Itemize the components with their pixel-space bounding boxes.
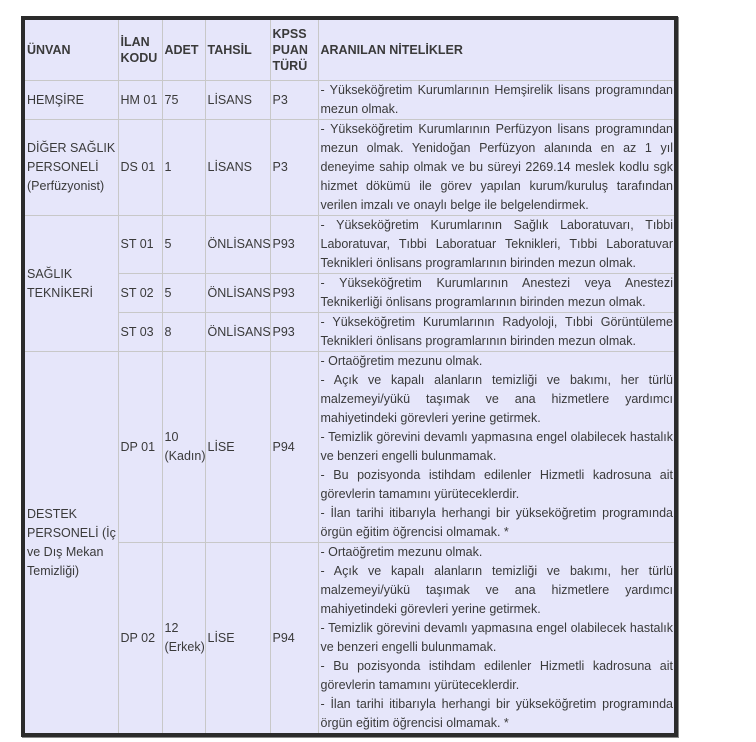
nitelik-item: - Bu pozisyonda istihdam edilenler Hizme… <box>321 466 674 504</box>
cell-adet: 5 <box>162 274 205 313</box>
nitelik-item: - Açık ve kapalı alanların temizliği ve … <box>321 371 674 428</box>
header-aranilan-nitelikler: ARANILAN NİTELİKLER <box>318 18 676 81</box>
cell-nitelikler: - Ortaöğretim mezunu olmak. - Açık ve ka… <box>318 543 676 736</box>
cell-adet: 8 <box>162 313 205 352</box>
header-tahsil: TAHSİL <box>205 18 270 81</box>
cell-kpss: P93 <box>270 216 318 274</box>
nitelik-item: - Yükseköğretim Kurumlarının Radyoloji, … <box>321 313 674 351</box>
nitelik-item: - Ortaöğretim mezunu olmak. <box>321 543 674 562</box>
cell-kpss: P93 <box>270 313 318 352</box>
cell-nitelikler: - Yükseköğretim Kurumlarının Perfüzyon l… <box>318 120 676 216</box>
job-listing-table: ÜNVAN İLAN KODU ADET TAHSİL KPSS PUAN TÜ… <box>21 16 678 737</box>
table-row: DİĞER SAĞLIK PERSONELİ (Perfüzyonist) DS… <box>23 120 676 216</box>
cell-ilan-kodu: DP 01 <box>118 352 162 543</box>
cell-ilan-kodu: HM 01 <box>118 81 162 120</box>
nitelik-item: - Yükseköğretim Kurumlarının Anestezi ve… <box>321 274 674 312</box>
cell-tahsil: LİSE <box>205 543 270 736</box>
cell-tahsil: ÖNLİSANS <box>205 274 270 313</box>
table-row: ST 02 5 ÖNLİSANS P93 - Yükseköğretim Kur… <box>23 274 676 313</box>
cell-nitelikler: - Ortaöğretim mezunu olmak. - Açık ve ka… <box>318 352 676 543</box>
cell-nitelikler: - Yükseköğretim Kurumlarının Radyoloji, … <box>318 313 676 352</box>
nitelik-item: - Yükseköğretim Kurumlarının Sağlık Labo… <box>321 216 674 273</box>
cell-adet: 10 (Kadın) <box>162 352 205 543</box>
nitelik-item: - Ortaöğretim mezunu olmak. <box>321 352 674 371</box>
cell-tahsil: LİSANS <box>205 81 270 120</box>
nitelik-item: - Temizlik görevini devamlı yapmasına en… <box>321 619 674 657</box>
nitelik-item: - Temizlik görevini devamlı yapmasına en… <box>321 428 674 466</box>
cell-unvan: DESTEK PERSONELİ (İç ve Dış Mekan Temizl… <box>23 352 118 736</box>
cell-unvan: DİĞER SAĞLIK PERSONELİ (Perfüzyonist) <box>23 120 118 216</box>
cell-ilan-kodu: ST 01 <box>118 216 162 274</box>
cell-nitelikler: - Yükseköğretim Kurumlarının Anestezi ve… <box>318 274 676 313</box>
table-row: ST 03 8 ÖNLİSANS P93 - Yükseköğretim Kur… <box>23 313 676 352</box>
cell-nitelikler: - Yükseköğretim Kurumlarının Hemşirelik … <box>318 81 676 120</box>
cell-ilan-kodu: DS 01 <box>118 120 162 216</box>
cell-nitelikler: - Yükseköğretim Kurumlarının Sağlık Labo… <box>318 216 676 274</box>
cell-tahsil: LİSE <box>205 352 270 543</box>
table-row: DP 02 12 (Erkek) LİSE P94 - Ortaöğretim … <box>23 543 676 736</box>
cell-kpss: P93 <box>270 274 318 313</box>
nitelik-item: - Yükseköğretim Kurumlarının Perfüzyon l… <box>321 120 674 215</box>
cell-unvan: SAĞLIK TEKNİKERİ <box>23 216 118 352</box>
cell-kpss: P3 <box>270 120 318 216</box>
cell-adet: 1 <box>162 120 205 216</box>
cell-adet: 5 <box>162 216 205 274</box>
cell-adet: 75 <box>162 81 205 120</box>
table-row: SAĞLIK TEKNİKERİ ST 01 5 ÖNLİSANS P93 - … <box>23 216 676 274</box>
cell-kpss: P94 <box>270 352 318 543</box>
header-ilan-kodu: İLAN KODU <box>118 18 162 81</box>
table-row: DESTEK PERSONELİ (İç ve Dış Mekan Temizl… <box>23 352 676 543</box>
job-listing-table-container: ÜNVAN İLAN KODU ADET TAHSİL KPSS PUAN TÜ… <box>21 16 678 737</box>
cell-ilan-kodu: ST 03 <box>118 313 162 352</box>
cell-unvan: HEMŞİRE <box>23 81 118 120</box>
nitelik-item: - Bu pozisyonda istihdam edilenler Hizme… <box>321 657 674 695</box>
header-unvan: ÜNVAN <box>23 18 118 81</box>
header-adet: ADET <box>162 18 205 81</box>
cell-kpss: P3 <box>270 81 318 120</box>
cell-ilan-kodu: ST 02 <box>118 274 162 313</box>
cell-tahsil: LİSANS <box>205 120 270 216</box>
cell-kpss: P94 <box>270 543 318 736</box>
cell-ilan-kodu: DP 02 <box>118 543 162 736</box>
cell-adet: 12 (Erkek) <box>162 543 205 736</box>
table-row: HEMŞİRE HM 01 75 LİSANS P3 - Yükseköğret… <box>23 81 676 120</box>
table-header-row: ÜNVAN İLAN KODU ADET TAHSİL KPSS PUAN TÜ… <box>23 18 676 81</box>
nitelik-item: - Açık ve kapalı alanların temizliği ve … <box>321 562 674 619</box>
nitelik-item: - Yükseköğretim Kurumlarının Hemşirelik … <box>321 81 674 119</box>
nitelik-item: - İlan tarihi itibarıyla herhangi bir yü… <box>321 695 674 733</box>
nitelik-item: - İlan tarihi itibarıyla herhangi bir yü… <box>321 504 674 542</box>
header-kpss-puan-turu: KPSS PUAN TÜRÜ <box>270 18 318 81</box>
cell-tahsil: ÖNLİSANS <box>205 216 270 274</box>
cell-tahsil: ÖNLİSANS <box>205 313 270 352</box>
